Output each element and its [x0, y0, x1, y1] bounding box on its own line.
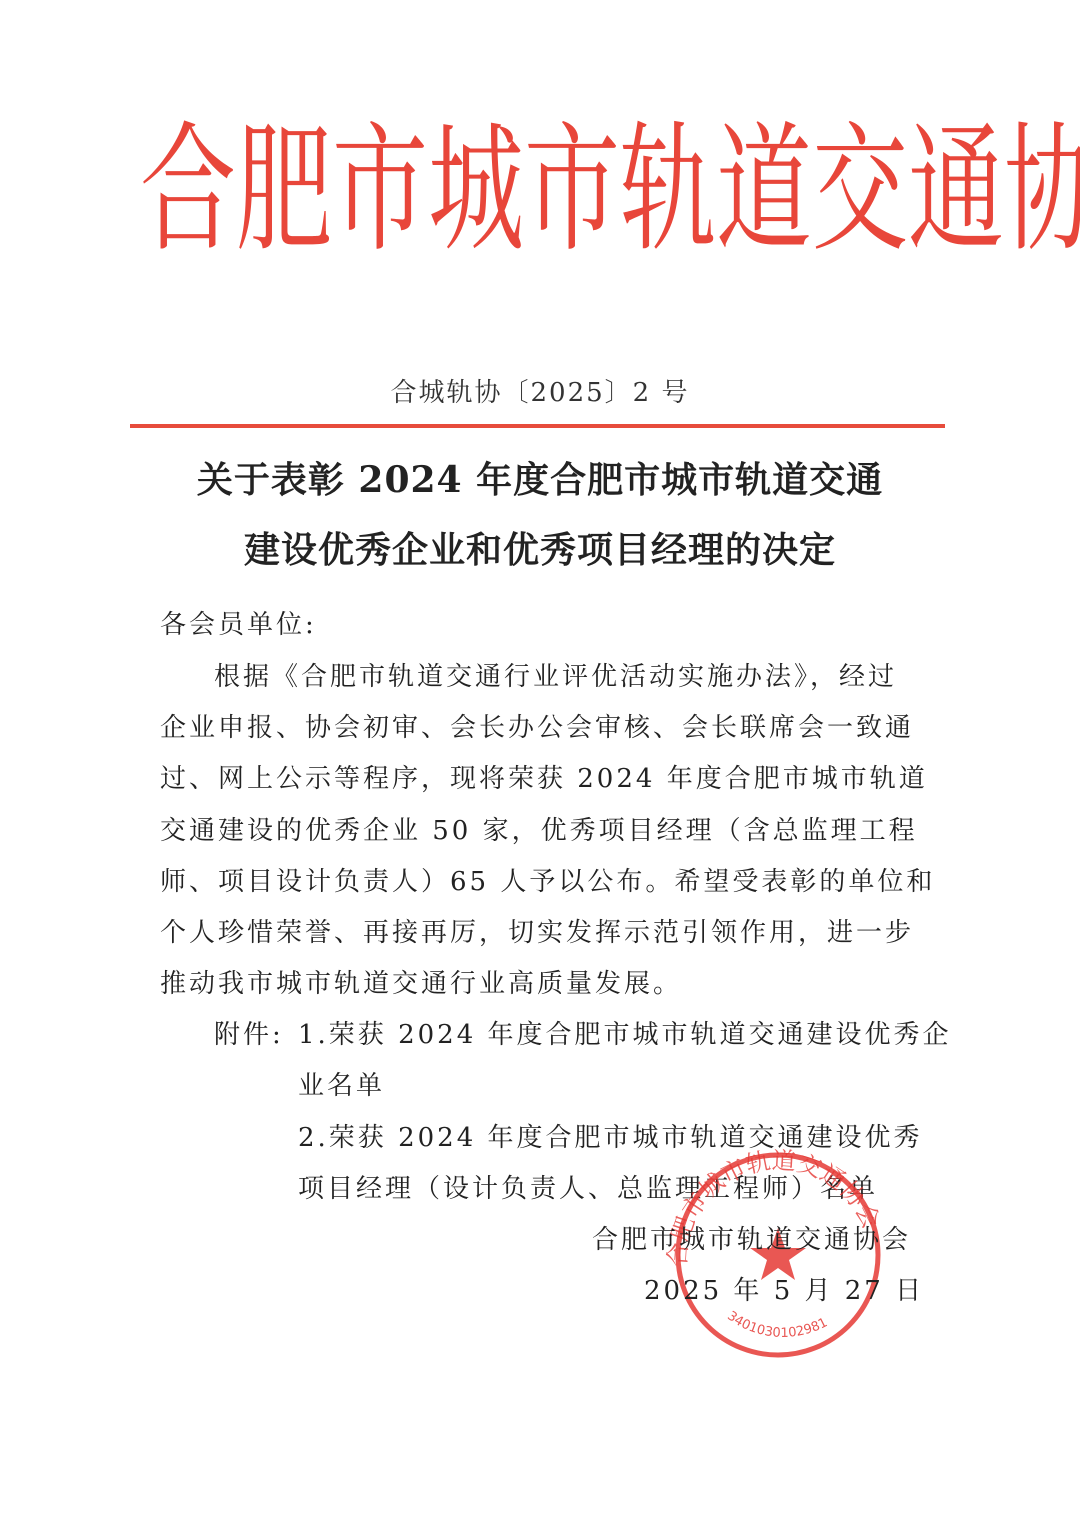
- masthead-char: 协: [1004, 120, 1080, 259]
- signature-organization: 合肥市城市轨道交通协会: [592, 1219, 911, 1256]
- body-line: 推动我市城市轨道交通行业高质量发展。: [160, 963, 682, 1000]
- document-title-line1: 关于表彰 2024 年度合肥市城市轨道交通: [0, 452, 1080, 503]
- salutation: 各会员单位:: [160, 604, 317, 641]
- body-line: 交通建设的优秀企业 50 家，优秀项目经理（含总监理工程: [160, 810, 918, 847]
- body-line: 根据《合肥市轨道交通行业评优活动实施办法》，经过: [214, 656, 897, 693]
- attachment-label: 附件:: [214, 1014, 284, 1051]
- masthead-char: 市: [524, 120, 620, 259]
- body-line: 过、网上公示等程序，现将荣获 2024 年度合肥市城市轨道: [160, 758, 928, 795]
- body-line: 师、项目设计负责人）65 人予以公布。希望受表彰的单位和: [160, 861, 935, 898]
- body-line: 企业申报、协会初审、会长办公会审核、会长联席会一致通: [160, 707, 914, 744]
- masthead-char: 市: [332, 120, 428, 259]
- attachment-item-1-cont: 业名单: [298, 1065, 385, 1102]
- signature-date: 2025 年 5 月 27 日: [644, 1270, 924, 1307]
- document-title-line2: 建设优秀企业和优秀项目经理的决定: [0, 522, 1080, 573]
- seal-number: 3401030102981: [724, 1309, 830, 1341]
- masthead-char: 通: [908, 120, 1004, 259]
- red-divider: [130, 424, 945, 428]
- masthead-char: 交: [812, 120, 908, 259]
- attachment-item-1: 1.荣获 2024 年度合肥市城市轨道交通建设优秀企: [298, 1014, 952, 1051]
- masthead-title: 合 肥 市 城 市 轨 道 交 通 协 会 文 件: [140, 110, 940, 270]
- masthead-char: 城: [428, 120, 524, 259]
- document-number: 合城轨协〔2025〕2 号: [0, 372, 1080, 409]
- body-line: 个人珍惜荣誉、再接再厉，切实发挥示范引领作用，进一步: [160, 912, 914, 949]
- svg-text:3401030102981: 3401030102981: [724, 1309, 830, 1341]
- masthead-char: 合: [140, 120, 236, 259]
- masthead-char: 肥: [236, 120, 332, 259]
- masthead-char: 道: [716, 120, 812, 259]
- masthead-char: 轨: [620, 120, 716, 259]
